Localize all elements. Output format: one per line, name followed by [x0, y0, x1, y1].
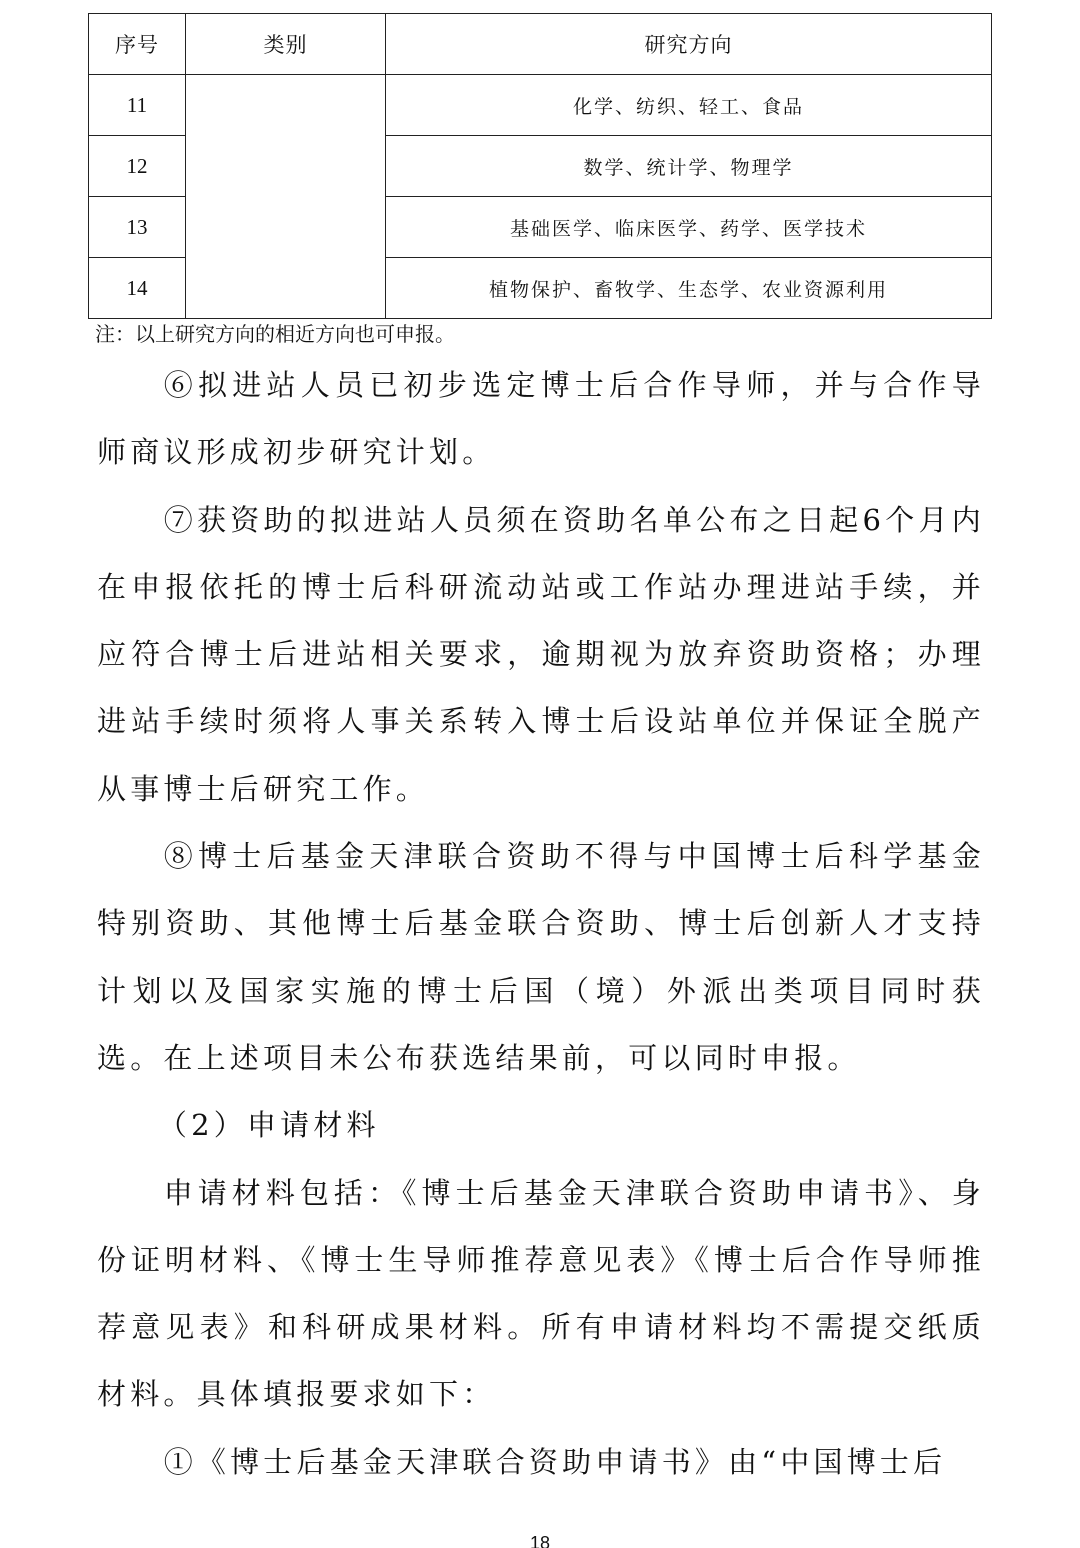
- paragraph-item-1: ①《博士后基金天津联合资助申请书》由“中国博士后: [97, 1429, 985, 1496]
- paragraph-item-7: ⑦获资助的拟进站人员须在资助名单公布之日起6个月内在申报依托的博士后科研流动站或…: [97, 487, 985, 823]
- header-serial: 序号: [89, 14, 186, 75]
- page-number: 18: [0, 1533, 1080, 1548]
- paragraph-item-8: ⑧博士后基金天津联合资助不得与中国博士后科学基金特别资助、其他博士后基金联合资助…: [97, 823, 985, 1092]
- row-serial: 14: [89, 258, 186, 319]
- row-direction: 化学、纺织、轻工、食品: [386, 75, 992, 136]
- body-text: ⑥拟进站人员已初步选定博士后合作导师，并与合作导师商议形成初步研究计划。 ⑦获资…: [97, 352, 985, 1496]
- table-note: 注：以上研究方向的相近方向也可申报。: [95, 318, 455, 347]
- row-serial: 11: [89, 75, 186, 136]
- research-direction-table: 序号 类别 研究方向 11 化学、纺织、轻工、食品 12 数学、统计学、物理学 …: [88, 13, 992, 319]
- header-category: 类别: [186, 14, 386, 75]
- row-direction: 植物保护、畜牧学、生态学、农业资源利用: [386, 258, 992, 319]
- row-direction: 数学、统计学、物理学: [386, 136, 992, 197]
- row-category-merged: [186, 75, 386, 319]
- table-header-row: 序号 类别 研究方向: [89, 14, 992, 75]
- header-direction: 研究方向: [386, 14, 992, 75]
- table-row: 11 化学、纺织、轻工、食品: [89, 75, 992, 136]
- paragraph-item-6: ⑥拟进站人员已初步选定博士后合作导师，并与合作导师商议形成初步研究计划。: [97, 352, 985, 487]
- document-page: 序号 类别 研究方向 11 化学、纺织、轻工、食品 12 数学、统计学、物理学 …: [0, 0, 1080, 1548]
- section-heading-application-materials: （2）申请材料: [97, 1092, 985, 1159]
- row-direction: 基础医学、临床医学、药学、医学技术: [386, 197, 992, 258]
- paragraph-materials: 申请材料包括：《博士后基金天津联合资助申请书》、身份证明材料、《博士生导师推荐意…: [97, 1160, 985, 1429]
- row-serial: 13: [89, 197, 186, 258]
- row-serial: 12: [89, 136, 186, 197]
